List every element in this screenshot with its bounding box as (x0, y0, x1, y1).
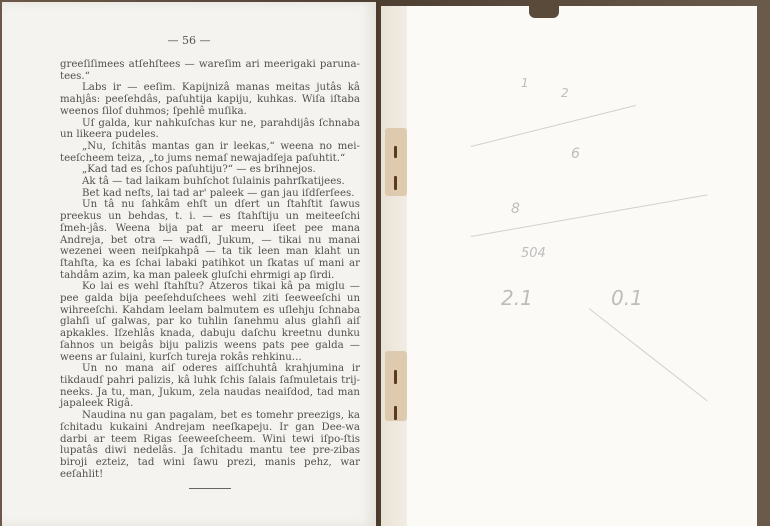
torn-notch (529, 0, 559, 18)
pencil-line (589, 308, 708, 401)
pencil-mark: 6 (571, 146, 580, 162)
staple-mark (394, 146, 397, 158)
book-gutter (376, 0, 380, 526)
paragraph: „Nu, ſchitâs mantas gan ir leekas,“ ween… (60, 141, 360, 164)
pencil-line (471, 105, 636, 147)
pencil-mark: 0.1 (611, 286, 643, 310)
staple-mark (394, 370, 397, 384)
paragraph: Ak tâ — tad laikam buhſchot ſulainis pah… (60, 176, 360, 188)
end-rule (189, 488, 231, 489)
pencil-line (471, 194, 708, 237)
paragraph: Uſ galda, kur nahkuſchas kur ne, parahdi… (60, 118, 360, 141)
paragraph: „Kad tad es ſchos paſuhtiju?“ — es brihn… (60, 164, 360, 176)
pencil-mark: 8 (511, 201, 520, 217)
paragraph: greeſiſimees atſehſtees — wareſim ari me… (60, 59, 360, 82)
paragraph: Naudina nu gan pagalam, bet es tomehr pr… (60, 410, 360, 480)
page-text: greeſiſimees atſehſtees — wareſim ari me… (60, 59, 360, 489)
spine-edge (381, 6, 407, 526)
pencil-mark: 1 (521, 76, 529, 90)
pencil-mark: 504 (521, 246, 546, 261)
right-page-back-cover: 1 2 6 8 504 2.1 0.1 (381, 6, 757, 526)
page-number: — 56 — (2, 34, 376, 47)
pencil-mark: 2.1 (501, 286, 533, 310)
paragraph: Un no mana aiſ oderes aiſſchuhtâ krahjum… (60, 363, 360, 410)
paragraph: Bet kad neſts, lai tad ar' paleek — gan … (60, 188, 360, 200)
staple-mark (394, 406, 397, 420)
pencil-mark: 2 (561, 86, 569, 100)
paragraph: Un tâ nu ſahkâm ehſt un dſert un ſtahſti… (60, 199, 360, 281)
paragraph: Labs ir — eeſim. Kapijnizâ manas meitas … (60, 82, 360, 117)
staple-mark (394, 176, 397, 190)
paragraph: Ko lai es wehl ſtahſtu? Atzeros tikai kâ… (60, 281, 360, 363)
left-page: — 56 — greeſiſimees atſehſtees — wareſim… (2, 2, 376, 526)
